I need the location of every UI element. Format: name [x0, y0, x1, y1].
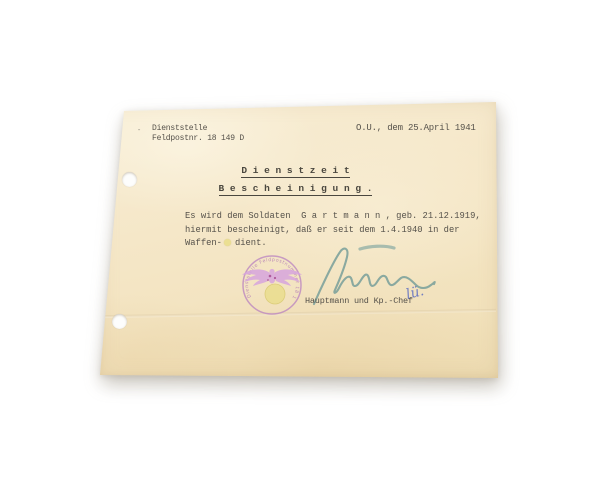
typed-signature-title: Hauptmann und Kp.-Chef	[305, 296, 413, 306]
stamp-censor-dot-icon	[265, 284, 285, 304]
fieldpost-number: Feldpostnr. 18 149 D	[152, 134, 244, 144]
letterhead: Dienststelle Feldpostnr. 18 149 D	[152, 124, 244, 143]
document-photo: - Dienststelle Feldpostnr. 18 149 D O.U.…	[98, 100, 500, 380]
paper-sheet: - Dienststelle Feldpostnr. 18 149 D O.U.…	[98, 100, 500, 380]
punch-hole-bottom	[112, 314, 127, 329]
body-line1: Es wird dem Soldaten G a r t m a n n , g…	[185, 210, 481, 224]
dateline: O.U., dem 25.April 1941	[356, 123, 476, 133]
body-line3-prefix: Waffen-	[185, 238, 222, 248]
punch-hole-top	[122, 172, 137, 187]
eagle-icon	[242, 269, 302, 286]
body-line2: hiermit bescheinigt, daß er seit dem 1.4…	[185, 224, 481, 238]
certificate-title: D i e n s t z e i t B e s c h e i n i g …	[193, 162, 398, 198]
photo-canvas: - Dienststelle Feldpostnr. 18 149 D O.U.…	[0, 0, 600, 478]
signature-dash-stroke	[360, 246, 394, 249]
censor-dot-icon	[224, 239, 231, 246]
title-line2: B e s c h e i n i g u n g .	[219, 183, 373, 196]
letterhead-mark: -	[137, 127, 141, 135]
title-line1: D i e n s t z e i t	[241, 165, 349, 178]
office-name: Dienststelle	[152, 124, 244, 134]
unit-stamp: Dienststelle Feldpostnummer 18 149 ·	[234, 247, 310, 323]
